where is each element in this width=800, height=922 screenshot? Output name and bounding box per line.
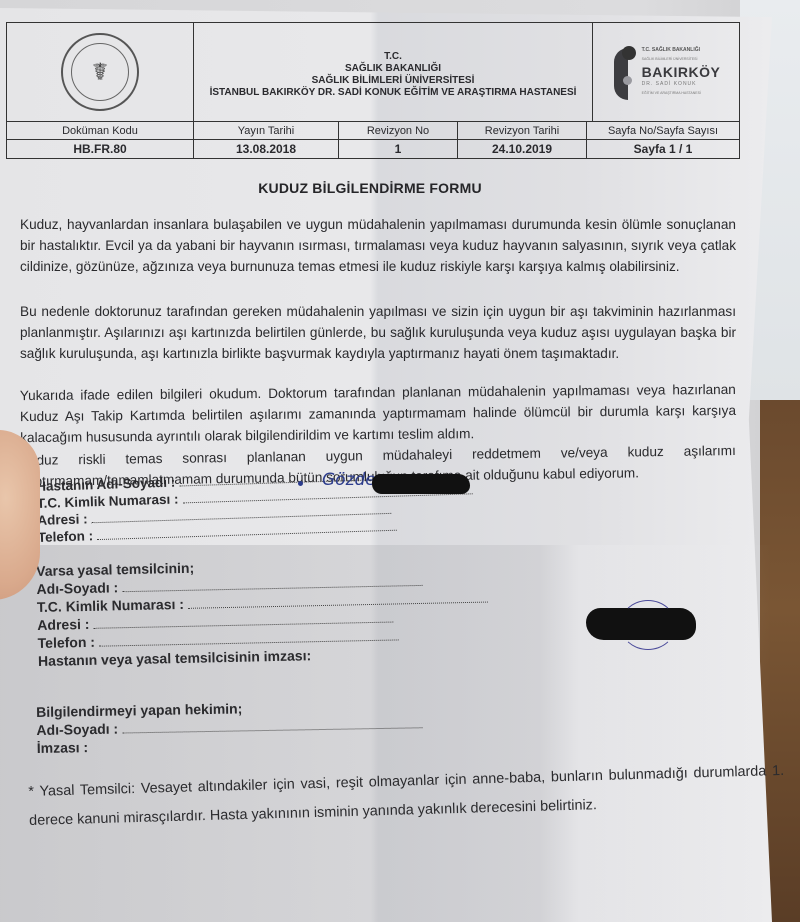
patient-address-label: Adresi :	[37, 510, 88, 529]
hospital-brand-cell: T.C. SAĞLIK BAKANLIĞI SAĞLIK BİLİMLERİ Ü…	[593, 23, 739, 121]
physician-signature-label: İmzası :	[37, 738, 89, 757]
meta-label-publish-date: Yayın Tarihi	[194, 122, 339, 139]
paragraph-vaccine-plan: Bu nedenle doktorunuz tarafından gereken…	[20, 301, 736, 364]
meta-value-doc-code: HB.FR.80	[7, 140, 194, 158]
meta-values-row: HB.FR.80 13.08.2018 1 24.10.2019 Sayfa 1…	[7, 140, 739, 158]
org-line: SAĞLIK BAKANLIĞI	[345, 63, 441, 75]
physician-heading: Bilgilendirmeyi yapan hekimin;	[36, 699, 242, 721]
rep-tc-label: T.C. Kimlik Numarası :	[37, 595, 184, 616]
meta-label-revision-no: Revizyon No	[339, 122, 458, 139]
meta-value-revision-no: 1	[339, 140, 458, 158]
org-line: İSTANBUL BAKIRKÖY DR. SADİ KONUK EĞİTİM …	[210, 87, 577, 99]
bakirkoy-logo-icon	[612, 42, 638, 102]
meta-label-revision-date: Revizyon Tarihi	[458, 122, 587, 139]
meta-label-doc-code: Doküman Kodu	[7, 122, 194, 139]
physician-name-label: Adı-Soyadı :	[36, 720, 118, 739]
form-title: KUDUZ BİLGİLENDİRME FORMU	[0, 180, 740, 196]
meta-value-publish-date: 13.08.2018	[194, 140, 339, 158]
rep-phone-label: Telefon :	[38, 633, 96, 652]
handwritten-dot	[298, 481, 303, 486]
meta-labels-row: Doküman Kodu Yayın Tarihi Revizyon No Re…	[7, 122, 739, 140]
bakirkoy-logo: T.C. SAĞLIK BAKANLIĞI SAĞLIK BİLİMLERİ Ü…	[612, 42, 721, 102]
brand-name: BAKIRKÖY	[642, 64, 721, 80]
org-line: T.C.	[384, 51, 402, 63]
representative-heading: Varsa yasal temsilcinin;	[36, 559, 194, 580]
meta-value-revision-date: 24.10.2019	[458, 140, 587, 158]
signature-pen-stroke	[620, 600, 676, 650]
brand-university: SAĞLIK BİLİMLERİ ÜNİVERSİTESİ	[642, 55, 721, 64]
redacted-surname	[372, 474, 470, 494]
rep-name-label: Adı-Soyadı :	[36, 578, 118, 598]
paragraph-rabies-info: Kuduz, hayvanlardan insanlara bulaşabile…	[20, 214, 736, 277]
handwritten-patient-name: Gözde	[322, 470, 376, 490]
finger-holding-paper	[0, 430, 40, 600]
ministry-of-health-seal-icon: ☤	[61, 33, 139, 111]
header-logo-cell: ☤	[7, 23, 194, 121]
document-header-table: ☤ T.C. SAĞLIK BAKANLIĞI SAĞLIK BİLİMLERİ…	[6, 22, 740, 159]
brand-tagline: EĞİTİM VE ARAŞTIRMA HASTANESİ	[642, 89, 721, 98]
brand-ministry: T.C. SAĞLIK BAKANLIĞI	[642, 46, 721, 55]
paragraph-acknowledgement: Yukarıda ifade edilen bilgileri okudum. …	[20, 379, 737, 448]
brand-subtitle: DR. SADİ KONUK	[642, 80, 721, 89]
caduceus-icon: ☤	[92, 58, 108, 87]
physician-fields: Bilgilendirmeyi yapan hekimin; Adı-Soyad…	[36, 696, 423, 757]
rep-address-label: Adresi :	[37, 615, 89, 634]
meta-label-page: Sayfa No/Sayfa Sayısı	[587, 122, 739, 139]
representative-fields: Varsa yasal temsilcinin; Adı-Soyadı : T.…	[36, 553, 489, 670]
meta-value-page: Sayfa 1 / 1	[587, 140, 739, 158]
patient-phone-label: Telefon :	[38, 527, 94, 546]
header-organization: T.C. SAĞLIK BAKANLIĞI SAĞLIK BİLİMLERİ Ü…	[194, 23, 593, 121]
org-line: SAĞLIK BİLİMLERİ ÜNİVERSİTESİ	[312, 75, 475, 87]
